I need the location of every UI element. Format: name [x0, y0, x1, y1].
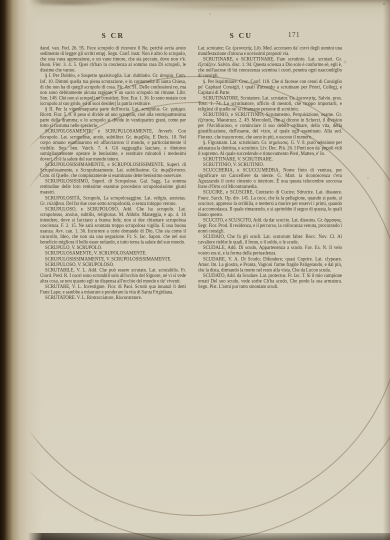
entry-paragraph: SCRUTINIO, e SCRUTTINIO, Scrutamento, Pe…	[198, 113, 342, 141]
entry-paragraph: dand. van. Fed. 26. 95. Fece scrupolo di…	[40, 46, 186, 74]
running-head-right: S CU	[198, 31, 284, 40]
running-head-left: S CR	[40, 31, 186, 40]
entry-paragraph: SCUDAIO, Che fa gli scudi. Lat. scutorum…	[198, 235, 342, 246]
entry-paragraph: § II. Per la vigesimaquarta parte dell'o…	[40, 107, 186, 129]
page-edge-right	[383, 0, 390, 540]
entry-paragraph: SCRUTINARE, e SCRUTTINARE, Fare scrutini…	[198, 57, 342, 79]
running-head: S CR S CU 171	[0, 31, 390, 42]
entry-paragraph: SCRUPULOSISSIMAMENTE, V. SCRUPOLOSISSIMA…	[40, 257, 186, 263]
book-page-scan: S CR S CU 171 dand. van. Fed. 26. 95. Fe…	[0, 0, 390, 540]
page-edge-bottom	[0, 533, 390, 540]
entry-paragraph: SCRUTARE, V. L. Investigare. Fior. di Pa…	[40, 285, 186, 296]
entry-paragraph: SCUDALE, Add. Di scudo, Appartenenza a s…	[198, 246, 342, 257]
page-number: 171	[288, 31, 300, 39]
text-column-left-content: dand. van. Fed. 26. 95. Fece scrupolo di…	[40, 46, 186, 301]
entry-paragraph: SCRUTATORE. V. L. Rintracciatore, Riscon…	[40, 296, 186, 302]
text-column-left: dand. van. Fed. 26. 95. Fece scrupolo di…	[40, 46, 186, 436]
entry-paragraph: SCUDARE, V. A. Di Scudo; Difendere; quas…	[198, 257, 342, 274]
entry-paragraph: SCUCIRE, e SCUSCIRE, Contrario di Cucire…	[198, 190, 342, 218]
entry-paragraph: Lat. scrutator; Gr. ἐρευνητής. Lib. Med.…	[198, 46, 342, 57]
entry-paragraph: SCRUPULOSO, e SCRUPOLOSO, Add. Che ha sc…	[40, 207, 186, 246]
page-edge-top	[0, 0, 390, 8]
entry-paragraph: SCRUTABILE, V. L. Add. Che può essere sc…	[40, 268, 186, 285]
entry-paragraph: §. Per Isquittinare. Croc. Conf. 118. Ch…	[198, 79, 342, 96]
entry-paragraph: SCRUPOLOSISSIMO, Superl. di Scrupoloso. …	[40, 179, 186, 196]
entry-paragraph: SCUDATO, Add. da Scudare. Lat. protectus…	[198, 273, 342, 290]
text-column-right: Lat. scrutator; Gr. ἐρευνητής. Lib. Med.…	[198, 46, 342, 436]
text-column-right-content: Lat. scrutator; Gr. ἐρευνητής. Lib. Med.…	[198, 46, 342, 290]
entry-paragraph: §. Figuratam. Lat. scrutinium. Gr. σημεί…	[198, 140, 342, 157]
entry-paragraph: SCUCCHERIA, e SCUCCUMEDRA, Nome finto di…	[198, 168, 342, 190]
entry-paragraph: SCRUPOLOSAMENTE, e SCRUPULOSAMENTE, Avve…	[40, 129, 186, 162]
entry-paragraph: SCRUPOLOSISSIMAMENTE, e SCRUPOLOSISSIMEN…	[40, 162, 186, 179]
entry-paragraph: SCRUTINATORE, Scrutatore. Lat. scrutator…	[198, 96, 342, 113]
entry-paragraph: § I. Per Dubbio, e Sospetto qualsivoglia…	[40, 74, 186, 107]
book-gutter-edge	[0, 0, 42, 540]
entry-paragraph: SCUCITO, e SCUSCITO, Add. da dar scucito…	[198, 218, 342, 235]
entry-paragraph: SCRUPOLOSITÀ, Scrupolo, La scrupolosaggi…	[40, 196, 186, 207]
